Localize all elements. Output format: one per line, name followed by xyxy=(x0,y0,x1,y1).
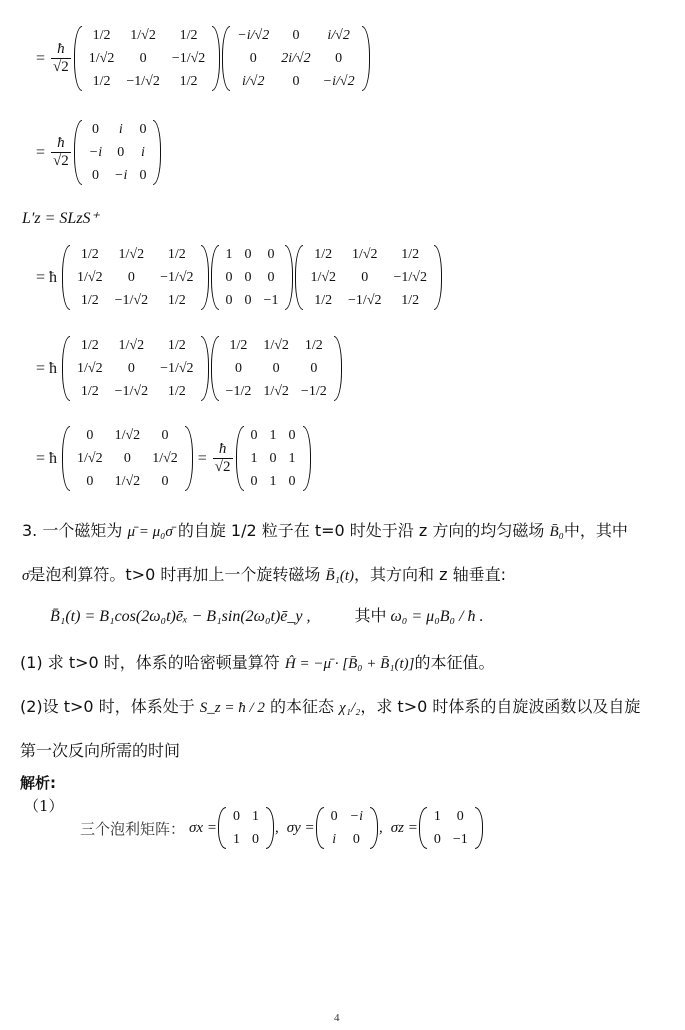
numerator: ħ xyxy=(55,41,67,58)
matrix-cell: 1/2 xyxy=(83,70,121,93)
matrix-cell: 0 xyxy=(133,164,152,187)
matrix-row: 000 xyxy=(220,266,285,289)
part-1-label: （1） xyxy=(24,795,64,816)
matrix-cell: 0 xyxy=(447,805,474,828)
matrix-cell: 1/√2 xyxy=(146,447,184,470)
matrix-s: 1/21/√21/21/√20−1/√21/2−1/√21/2 xyxy=(62,243,209,312)
matrix-cell: −1/√2 xyxy=(109,380,154,403)
matrix-row: 1/2−1/√21/2 xyxy=(304,289,433,312)
math-sz: S_z = ħ / 2 xyxy=(200,700,265,716)
matrix-cell: 0 xyxy=(109,266,154,289)
pauli-label: 三个泡利矩阵： xyxy=(80,818,185,839)
matrix-cell: 1 xyxy=(227,828,246,851)
matrix-cell: 0 xyxy=(239,243,258,266)
matrix-cell: 0 xyxy=(220,266,239,289)
page-number: 4 xyxy=(334,1012,340,1024)
matrix-table: 1/21/√21/21/√20−1/√21/2−1/√21/2 xyxy=(71,243,200,312)
matrix-cell: 1/2 xyxy=(71,243,109,266)
equation-1: = ħ √2 1/21/√21/21/√20−1/√21/2−1/√21/2 −… xyxy=(32,24,371,93)
matrix-row: −i/√20i/√2 xyxy=(231,24,360,47)
math-omega0: ω₀ = μ₀B₀ / ħ . xyxy=(391,608,484,625)
matrix-cell: i xyxy=(133,141,152,164)
matrix-cell: 0 xyxy=(231,47,275,70)
matrix-row: i0 xyxy=(325,828,369,851)
equals-sign: = xyxy=(36,144,45,162)
matrix-row: 10 xyxy=(227,828,265,851)
sigma-y-matrix: 0−ii0 xyxy=(316,805,378,851)
matrix-cell: 1/√2 xyxy=(304,266,342,289)
matrix-table: 0110 xyxy=(227,805,265,851)
text: 的自旋 1/2 粒子在 t=0 时处于沿 z 方向的均匀磁场 xyxy=(178,521,545,540)
matrix-cell: 1/√2 xyxy=(120,24,165,47)
matrix-cell: 1/√2 xyxy=(71,357,109,380)
matrix-cell: −i xyxy=(108,164,133,187)
matrix-cell: 1/√2 xyxy=(109,243,154,266)
matrix-cell: 1/2 xyxy=(154,334,199,357)
matrix-cell: i/√2 xyxy=(231,70,275,93)
matrix-cell: 0 xyxy=(227,805,246,828)
matrix-final: 010101010 xyxy=(236,424,311,493)
matrix-cell: −i xyxy=(344,805,369,828)
matrix-row: i/√20−i/√2 xyxy=(231,70,360,93)
matrix-row: 100 xyxy=(220,243,285,266)
matrix-row: 0−1 xyxy=(428,828,474,851)
sigma-x-matrix: 0110 xyxy=(218,805,274,851)
matrix-cell: 0 xyxy=(220,289,239,312)
separator: , xyxy=(275,820,279,837)
matrix-cell: 1/√2 xyxy=(109,334,154,357)
text: 是泡利算符。t>0 时再加上一个旋转磁场 xyxy=(29,565,320,584)
matrix-cell: 1/2 xyxy=(71,289,109,312)
matrix-cell: 0 xyxy=(257,357,295,380)
matrix-row: 00−1 xyxy=(220,289,285,312)
matrix-cell: 1/√2 xyxy=(257,334,295,357)
matrix-table: 100−1 xyxy=(428,805,474,851)
matrix-lz: 10000000−1 xyxy=(211,243,294,312)
matrix-cell: 0 xyxy=(317,47,361,70)
matrix-row: 1/2−1/√21/2 xyxy=(71,380,200,403)
matrix-cell: 0 xyxy=(83,118,108,141)
matrix-cell: 1/√2 xyxy=(83,47,121,70)
matrix-cell: 1/2 xyxy=(83,24,121,47)
problem-3-line-2: σ̄是泡利算符。t>0 时再加上一个旋转磁场 B̄₁(t)，其方向和 z 轴垂直… xyxy=(22,562,506,585)
matrix-row: −1/21/√2−1/2 xyxy=(220,380,333,403)
matrix-cell: 1 xyxy=(245,447,264,470)
matrix-row: 000 xyxy=(220,357,333,380)
matrix-cell: 0 xyxy=(71,470,109,493)
matrix-cell: 1/2 xyxy=(166,70,211,93)
matrix-table: 10000000−1 xyxy=(220,243,285,312)
matrix-cell: 1 xyxy=(283,447,302,470)
matrix-table: 0i0−i0i0−i0 xyxy=(83,118,153,187)
equals-hbar: = ħ xyxy=(36,360,57,378)
matrix-cell: 1 xyxy=(428,805,447,828)
matrix-row: 010 xyxy=(245,470,302,493)
matrix-row: 0−i xyxy=(325,805,369,828)
matrix-row: 0i0 xyxy=(83,118,153,141)
matrix-row: 1/2−1/√21/2 xyxy=(83,70,212,93)
matrix-cell: −1/√2 xyxy=(342,289,387,312)
matrix-row: 0−i0 xyxy=(83,164,153,187)
matrix-cell: 0 xyxy=(108,141,133,164)
matrix-cell: 1/2 xyxy=(154,289,199,312)
matrix-cell: −1/√2 xyxy=(388,266,433,289)
equals-sign: = xyxy=(198,450,207,468)
matrix-cell: −1/√2 xyxy=(109,289,154,312)
matrix-cell: 0 xyxy=(325,805,344,828)
matrix-cell: 0 xyxy=(133,118,152,141)
matrix-cell: −1/2 xyxy=(295,380,333,403)
denominator: √2 xyxy=(213,458,233,476)
matrix-cell: 0 xyxy=(283,424,302,447)
matrix-cell: 1/√2 xyxy=(109,424,147,447)
matrix-row: 1/21/√21/2 xyxy=(71,334,200,357)
matrix-cell: 0 xyxy=(283,470,302,493)
matrix-row: 101 xyxy=(245,447,302,470)
equals-hbar: = ħ xyxy=(36,450,57,468)
matrix-cell: 1 xyxy=(264,470,283,493)
matrix-cell: −1 xyxy=(258,289,285,312)
matrix-cell: 0 xyxy=(342,266,387,289)
matrix-table: 1/21/√21/2000−1/21/√2−1/2 xyxy=(220,334,333,403)
solution-heading: 解析: xyxy=(20,772,56,793)
math-b1t: B̄₁(t) xyxy=(325,568,354,584)
matrix-cell: 0 xyxy=(146,424,184,447)
matrix-cell: −1/√2 xyxy=(166,47,211,70)
matrix-cell: −i xyxy=(83,141,108,164)
matrix-lz-prime: 01/√201/√201/√201/√20 xyxy=(62,424,193,493)
matrix-cell: 1 xyxy=(246,805,265,828)
text: ，其方向和 z 轴垂直: xyxy=(354,565,506,584)
text: 3. 一个磁矩为 xyxy=(22,521,122,540)
matrix-cell: 1/√2 xyxy=(257,380,295,403)
matrix-cell: −1 xyxy=(447,828,474,851)
question-2-line-2: 第一次反向所需的时间 xyxy=(20,738,180,761)
hbar-over-root2: ħ √2 xyxy=(51,41,71,76)
matrix-row: 1/√20−1/√2 xyxy=(304,266,433,289)
matrix-row: 10 xyxy=(428,805,474,828)
math-mu: μ̄ = μ₀σ̄ xyxy=(127,524,172,540)
matrix-result: 0i0−i0i0−i0 xyxy=(74,118,162,187)
matrix-cell: 1/2 xyxy=(154,380,199,403)
hbar-over-root2: ħ √2 xyxy=(51,135,71,170)
matrix-cell: 1/2 xyxy=(295,334,333,357)
matrix-row: 010 xyxy=(245,424,302,447)
matrix-lx-product: −i/√20i/√202i/√20i/√20−i/√2 xyxy=(222,24,369,93)
matrix-table: 1/21/√21/21/√20−1/√21/2−1/√21/2 xyxy=(71,334,200,403)
matrix-s: 1/21/√21/21/√20−1/√21/2−1/√21/2 xyxy=(74,24,221,93)
matrix-cell: 0 xyxy=(120,47,165,70)
matrix-row: 1/21/√21/2 xyxy=(83,24,212,47)
matrix-cell: 0 xyxy=(428,828,447,851)
matrix-cell: 0 xyxy=(239,266,258,289)
equation-3: = ħ 1/21/√21/21/√20−1/√21/2−1/√21/2 1000… xyxy=(32,243,443,312)
question-2-line-1: (2)设 t>0 时，体系处于 S_z = ħ / 2 的本征态 χ₁/₂，求 … xyxy=(20,694,640,717)
matrix-cell: 0 xyxy=(258,243,285,266)
matrix-cell: 1/2 xyxy=(71,380,109,403)
matrix-cell: 1/2 xyxy=(388,289,433,312)
matrix-table: 0−ii0 xyxy=(325,805,369,851)
text: (1) 求 t>0 时，体系的哈密顿量算符 xyxy=(20,653,280,672)
matrix-table: 01/√201/√201/√201/√20 xyxy=(71,424,184,493)
matrix-row: 02i/√20 xyxy=(231,47,360,70)
hbar-over-root2: ħ √2 xyxy=(213,441,233,476)
problem-3-line-1: 3. 一个磁矩为 μ̄ = μ₀σ̄ 的自旋 1/2 粒子在 t=0 时处于沿 … xyxy=(22,518,628,541)
matrix-table: 010101010 xyxy=(245,424,302,493)
text: (2)设 t>0 时，体系处于 xyxy=(20,697,195,716)
matrix-cell: −i/√2 xyxy=(231,24,275,47)
matrix-cell: i xyxy=(325,828,344,851)
matrix-cell: i xyxy=(108,118,133,141)
matrix-cell: 1/2 xyxy=(304,289,342,312)
matrix-cell: 0 xyxy=(258,266,285,289)
sigma-x-label: σx = xyxy=(189,820,217,837)
matrix-s: 1/21/√21/21/√20−1/√21/2−1/√21/2 xyxy=(62,334,209,403)
matrix-cell: 0 xyxy=(245,424,264,447)
matrix-cell: 1/√2 xyxy=(109,470,147,493)
matrix-cell: −i/√2 xyxy=(317,70,361,93)
matrix-table: 1/21/√21/21/√20−1/√21/2−1/√21/2 xyxy=(83,24,212,93)
matrix-cell: −1/√2 xyxy=(120,70,165,93)
matrix-row: 01/√20 xyxy=(71,470,184,493)
matrix-product: 1/21/√21/2000−1/21/√2−1/2 xyxy=(211,334,342,403)
text: 的本征态 xyxy=(270,697,334,716)
matrix-cell: 0 xyxy=(295,357,333,380)
equation-2: = ħ √2 0i0−i0i0−i0 xyxy=(32,118,162,187)
matrix-cell: 0 xyxy=(239,289,258,312)
denominator: √2 xyxy=(51,58,71,76)
matrix-row: 1/21/√21/2 xyxy=(220,334,333,357)
text: ，求 t>0 时体系的自旋波函数以及自旋 xyxy=(360,697,640,716)
matrix-cell: 0 xyxy=(245,470,264,493)
matrix-cell: 1/2 xyxy=(154,243,199,266)
matrix-cell: 0 xyxy=(71,424,109,447)
matrix-cell: 0 xyxy=(275,70,316,93)
matrix-cell: 0 xyxy=(220,357,258,380)
matrix-row: 1/21/√21/2 xyxy=(71,243,200,266)
numerator: ħ xyxy=(55,135,67,152)
sigma-y-label: σy = xyxy=(287,820,315,837)
matrix-cell: 1 xyxy=(264,424,283,447)
matrix-row: 1/√20−1/√2 xyxy=(83,47,212,70)
math-b1-def: B̄₁(t) = B₁cos(2ω₀t)ēₓ − B₁sin(2ω₀t)ē_y … xyxy=(50,608,310,625)
math-chi: χ₁/₂ xyxy=(339,700,360,716)
matrix-cell: 0 xyxy=(83,164,108,187)
matrix-cell: 1/2 xyxy=(388,243,433,266)
matrix-cell: 1/√2 xyxy=(71,266,109,289)
matrix-cell: 0 xyxy=(275,24,316,47)
matrix-row: 1/√20−1/√2 xyxy=(71,357,200,380)
matrix-row: 1/√201/√2 xyxy=(71,447,184,470)
matrix-cell: 0 xyxy=(109,357,154,380)
matrix-row: −i0i xyxy=(83,141,153,164)
matrix-cell: 0 xyxy=(344,828,369,851)
matrix-row: 1/√20−1/√2 xyxy=(71,266,200,289)
equation-4: = ħ 1/21/√21/21/√20−1/√21/2−1/√21/2 1/21… xyxy=(32,334,343,403)
matrix-row: 1/21/√21/2 xyxy=(304,243,433,266)
equals-sign: = xyxy=(36,50,45,68)
matrix-table: −i/√20i/√202i/√20i/√20−i/√2 xyxy=(231,24,360,93)
sigma-z-matrix: 100−1 xyxy=(419,805,483,851)
matrix-cell: 1/2 xyxy=(220,334,258,357)
matrix-cell: −1/√2 xyxy=(154,266,199,289)
lz-definition: L′z = SLzS⁺ xyxy=(22,208,99,228)
matrix-cell: 1/√2 xyxy=(71,447,109,470)
text: 其中 xyxy=(354,606,386,625)
matrix-table: 1/21/√21/21/√20−1/√21/2−1/√21/2 xyxy=(304,243,433,312)
matrix-row: 01 xyxy=(227,805,265,828)
matrix-cell: 1/2 xyxy=(71,334,109,357)
matrix-cell: 1/2 xyxy=(166,24,211,47)
question-1: (1) 求 t>0 时，体系的哈密顿量算符 Ĥ = −μ̄ · [B̄₀ + B… xyxy=(20,650,494,673)
field-equation: B̄₁(t) = B₁cos(2ω₀t)ēₓ − B₁sin(2ω₀t)ē_y … xyxy=(50,603,484,626)
matrix-cell: −1/2 xyxy=(220,380,258,403)
denominator: √2 xyxy=(51,152,71,170)
math-b0: B̄₀ xyxy=(549,524,563,540)
matrix-cell: 0 xyxy=(246,828,265,851)
text: 的本征值。 xyxy=(414,653,494,672)
matrix-cell: 1/2 xyxy=(304,243,342,266)
matrix-cell: 2i/√2 xyxy=(275,47,316,70)
separator: , xyxy=(379,820,383,837)
matrix-row: 01/√20 xyxy=(71,424,184,447)
matrix-s-dagger: 1/21/√21/21/√20−1/√21/2−1/√21/2 xyxy=(295,243,442,312)
matrix-cell: 0 xyxy=(109,447,147,470)
matrix-cell: 0 xyxy=(264,447,283,470)
text: 中，其中 xyxy=(564,521,628,540)
matrix-cell: i/√2 xyxy=(317,24,361,47)
math-hamiltonian: Ĥ = −μ̄ · [B̄₀ + B̄₁(t)] xyxy=(285,656,415,672)
matrix-cell: −1/√2 xyxy=(154,357,199,380)
matrix-cell: 0 xyxy=(146,470,184,493)
matrix-row: 1/2−1/√21/2 xyxy=(71,289,200,312)
sigma-z-label: σz = xyxy=(391,820,418,837)
equation-5: = ħ 01/√201/√201/√201/√20 = ħ √2 0101010… xyxy=(32,424,312,493)
pauli-matrices: 三个泡利矩阵： σx = 0110 , σy = 0−ii0 , σz = 10… xyxy=(80,805,484,851)
matrix-cell: 1 xyxy=(220,243,239,266)
equals-hbar: = ħ xyxy=(36,269,57,287)
numerator: ħ xyxy=(217,441,229,458)
matrix-cell: 1/√2 xyxy=(342,243,387,266)
